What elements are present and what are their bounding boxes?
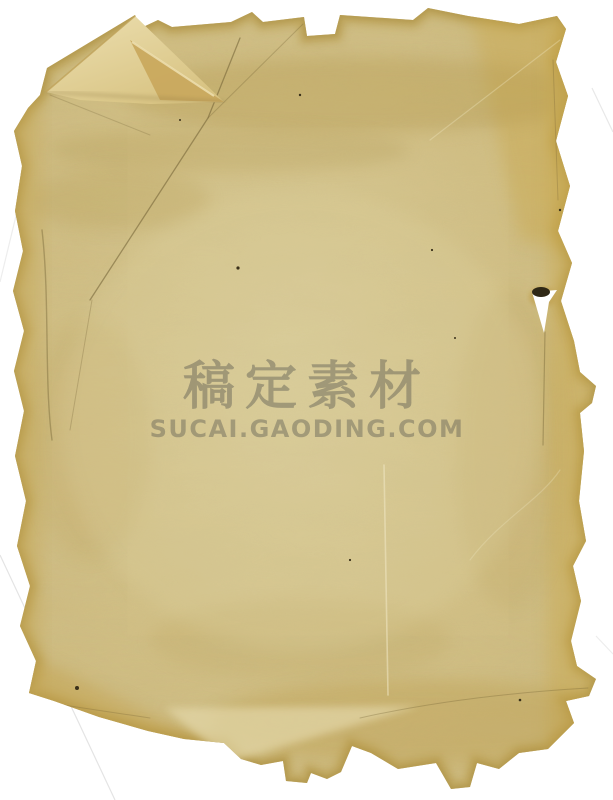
watermark-title: 稿定素材: [183, 357, 431, 417]
aged-paper-scan: 稿定素材 SUCAI.GAODING.COM: [0, 0, 613, 800]
watermark-url: SUCAI.GAODING.COM: [150, 415, 465, 443]
stock-photo-canvas: 稿定素材 SUCAI.GAODING.COM: [0, 0, 613, 800]
hole-shadow: [532, 287, 550, 297]
watermark: 稿定素材 SUCAI.GAODING.COM: [150, 357, 465, 443]
